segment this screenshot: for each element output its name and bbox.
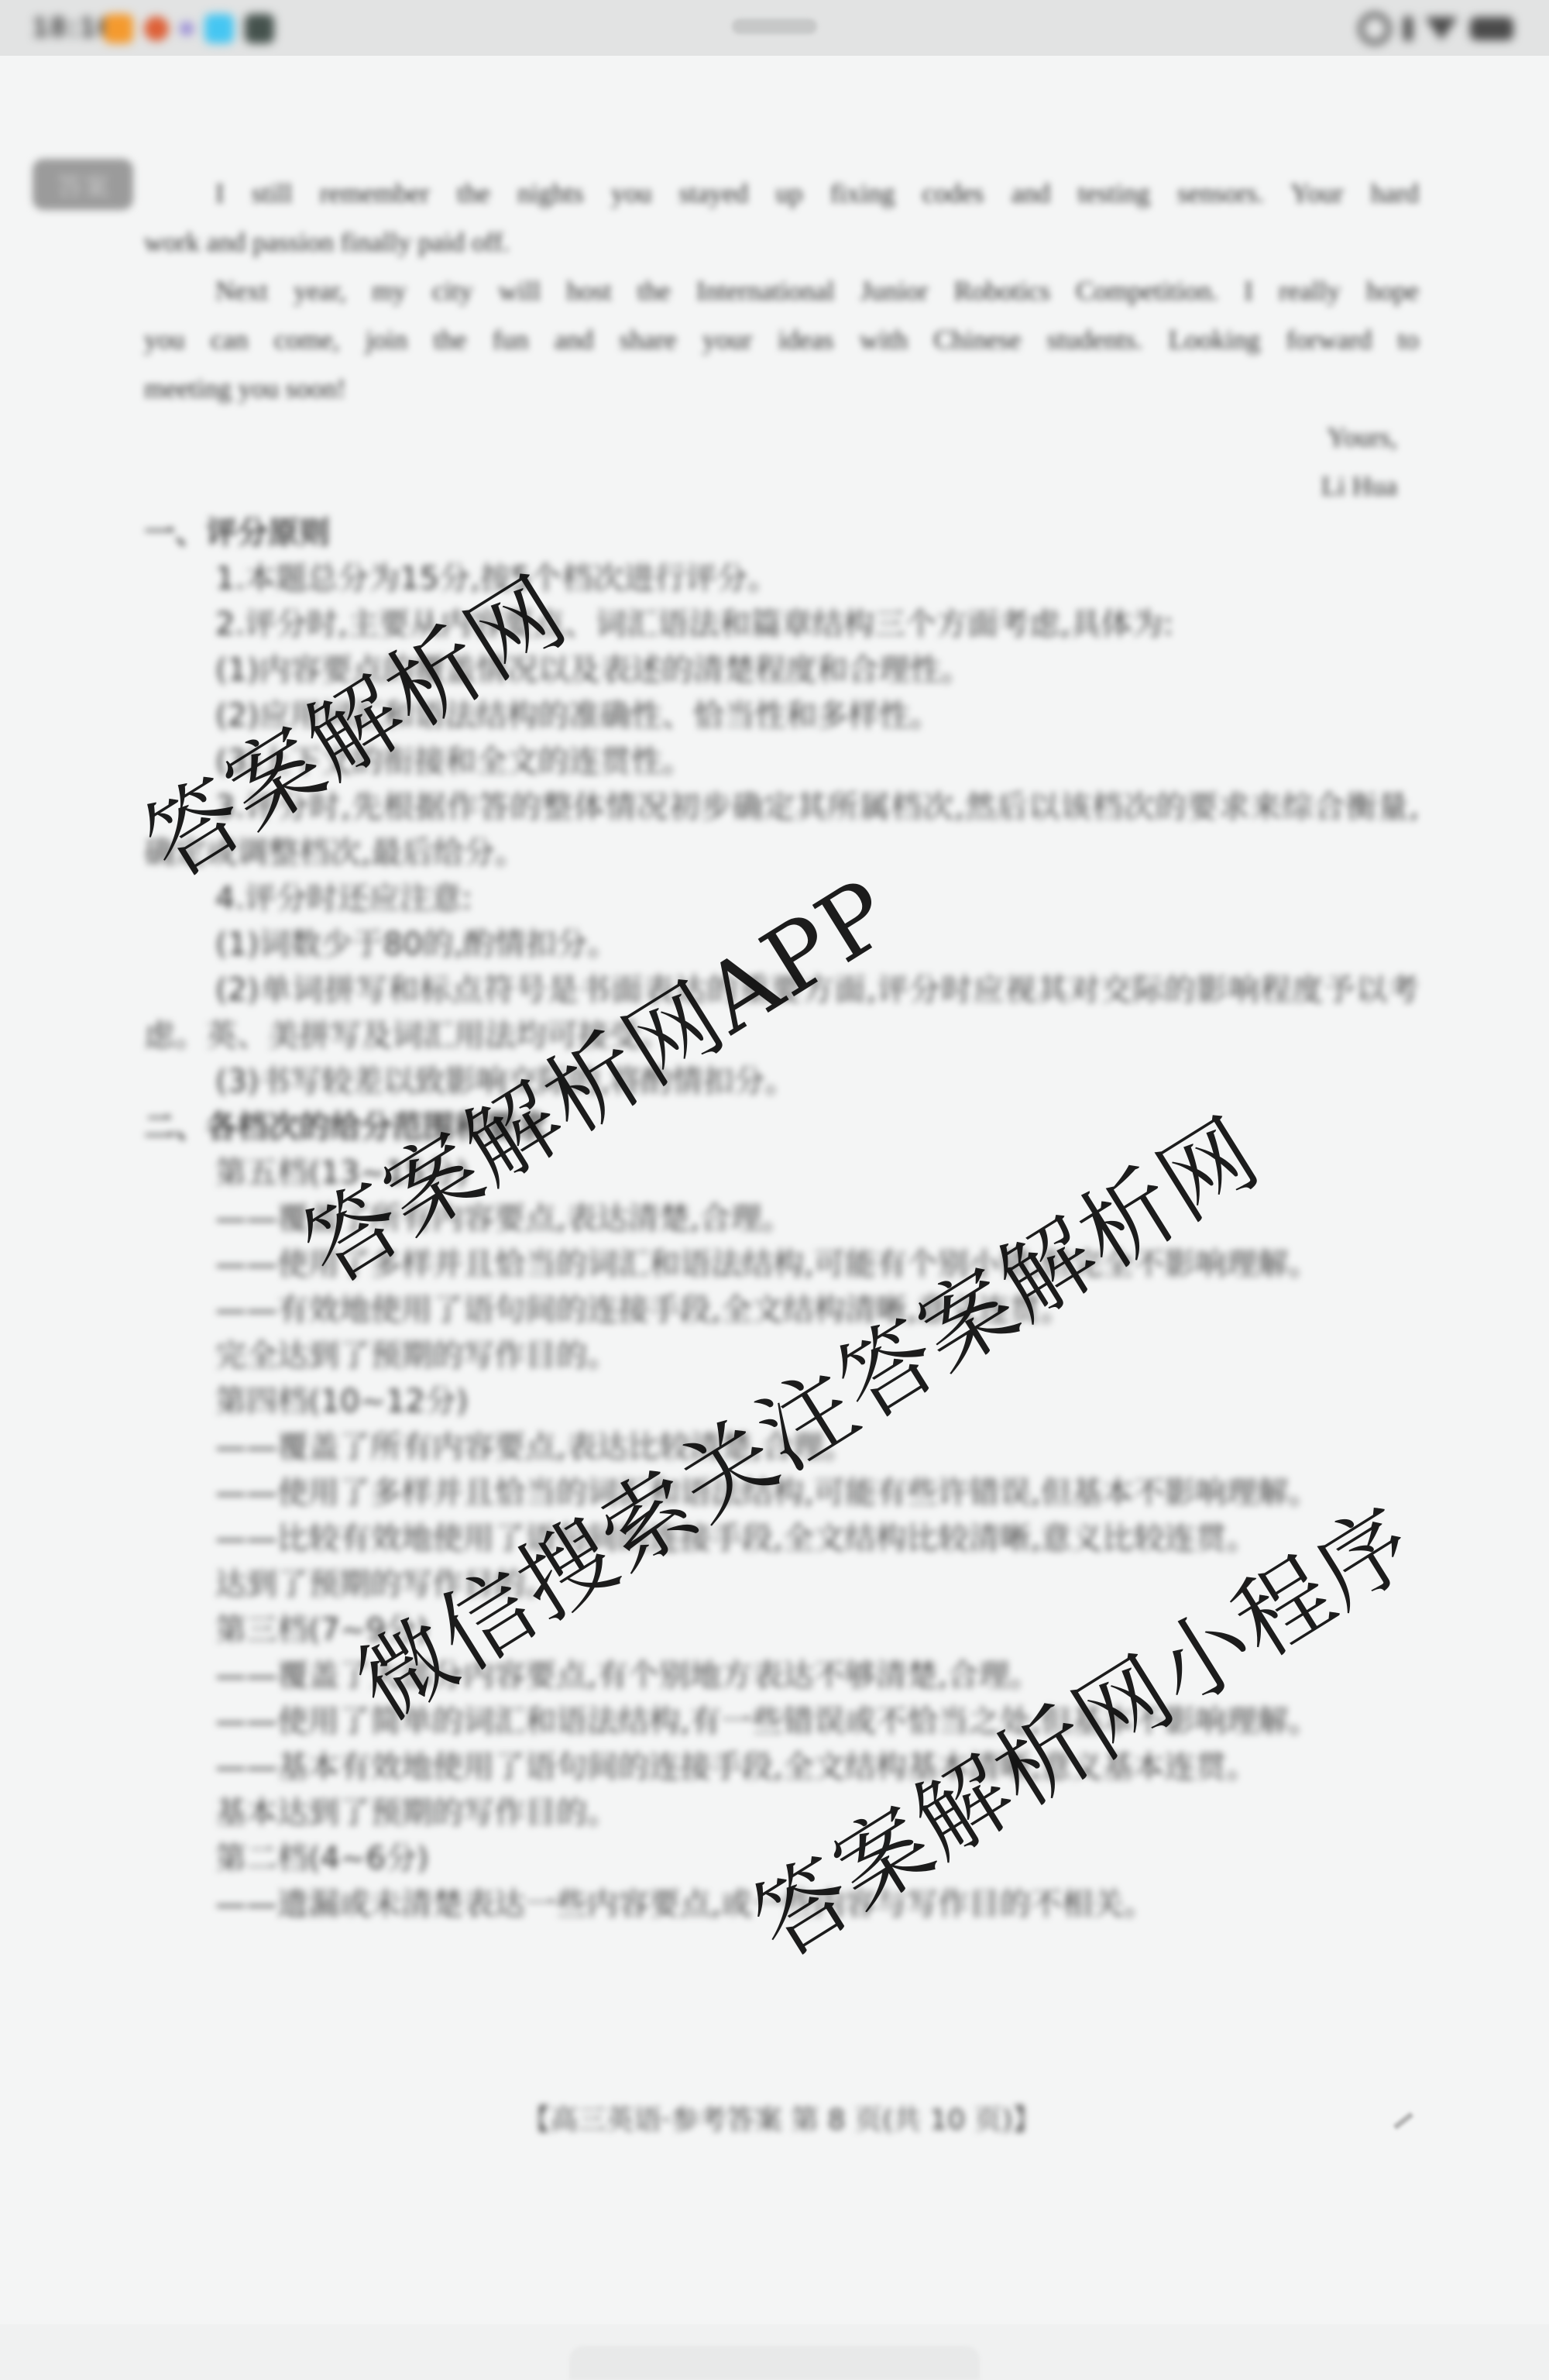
letter-line: meeting you soon! [144, 364, 1419, 413]
app-icon-red [144, 16, 169, 41]
vibrate-icon [1403, 16, 1413, 41]
rubric-line: 基本达到了预期的写作目的。 [144, 1790, 1419, 1836]
answer-tag-badge[interactable]: 答案 [33, 159, 133, 210]
letter-line: I still remember the nights you stayed u… [144, 169, 1419, 218]
wifi-icon [1425, 17, 1458, 40]
rubric-line: 一、评分原则 [144, 511, 1419, 556]
battery-icon [1470, 17, 1513, 40]
notification-icons [104, 11, 274, 46]
app-icon-blue [204, 14, 234, 43]
app-icon-purple [180, 22, 194, 36]
rubric-line: 确定或调整档次,最后给分。 [144, 831, 1419, 876]
letter-line: Li Hua [144, 462, 1419, 511]
rubric-line: (3)书写较差以致影响交际的,将酌情扣分。 [144, 1059, 1419, 1105]
letter-block: I still remember the nights you stayed u… [144, 169, 1419, 511]
rubric-line: 1.本题总分为15分,按5个档次进行评分。 [144, 556, 1419, 602]
page-footer: 【高三英语·参考答案 第 8 页(共 10 页)】 [144, 2098, 1419, 2138]
phone-screen: 18:16 答案 I still remember the nights you… [0, 0, 1549, 2324]
letter-line: Next year, my city will host the Interna… [144, 267, 1419, 315]
screen-notch-pill [732, 19, 817, 34]
clock-icon [1358, 12, 1391, 45]
status-right-icons [1358, 12, 1513, 45]
letter-line: Yours, [144, 413, 1419, 462]
letter-line: work and passion finally paid off. [144, 218, 1419, 267]
document-reader-page[interactable]: 答案 I still remember the nights you staye… [0, 56, 1549, 2324]
rubric-line: 2.评分时,主要从内容要点、词汇语法和篇章结构三个方面考虑,具体为: [144, 602, 1419, 648]
status-bar: 18:16 [0, 0, 1549, 56]
rubric-line: ——基本有效地使用了语句间的连接手段,全文结构基本清晰,意义基本连贯。 [144, 1745, 1419, 1790]
app-icon-dark [245, 14, 274, 43]
letter-line: you can come, join the fun and share you… [144, 315, 1419, 364]
app-icon-orange [104, 14, 133, 43]
